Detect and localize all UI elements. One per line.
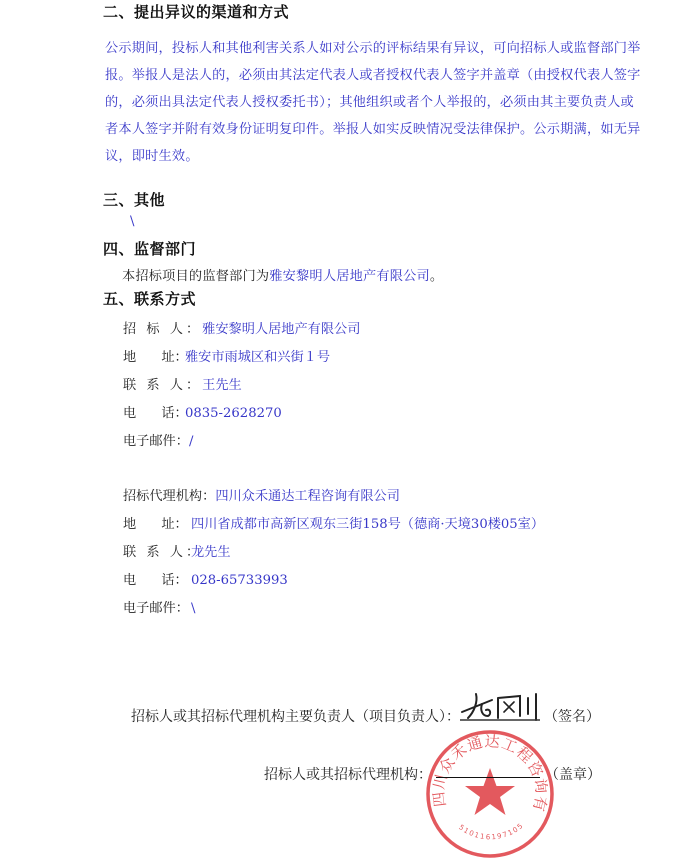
- label: 联 系 人：: [123, 541, 191, 560]
- agency-name-row: 招标代理机构：四川众禾通达工程咨询有限公司: [123, 485, 400, 504]
- label: 联 系 人：: [123, 374, 202, 393]
- label: 电子邮件：: [123, 597, 191, 616]
- paragraph-line: 的，必须出具法定代表人授权委托书）；其他组织或者个人举报的，必须由其主要负责人或: [105, 91, 634, 110]
- sign-suffix: （签名）: [544, 706, 600, 726]
- tenderer-contact-person: 王先生: [202, 378, 242, 393]
- paragraph-line: 者本人签字并附有效身份证明复印件。举报人如实反映情况受法律保护。公示期满，如无异: [105, 118, 641, 137]
- supervision-text: 本招标项目的监督部门为雅安黎明人居地产有限公司。: [122, 265, 443, 284]
- tenderer-phone: 0835-2628270: [185, 406, 282, 421]
- responsible-label: 招标人或其招标代理机构主要负责人（项目负责人）：: [131, 709, 460, 725]
- supervision-prefix: 本招标项目的监督部门为: [122, 269, 269, 284]
- label: 招 标 人：: [123, 318, 202, 337]
- paragraph-line: 报。举报人是法人的，必须由其法定代表人或者授权代表人签字并盖章（由授权代表人签字: [105, 64, 641, 83]
- label: 电子邮件：: [123, 430, 189, 449]
- agency-name: 四川众禾通达工程咨询有限公司: [215, 489, 400, 504]
- paragraph-line: 公示期间，投标人和其他利害关系人如对公示的评标结果有异议，可向招标人或监督部门举: [105, 37, 641, 56]
- section-4-title: 四、监督部门: [103, 238, 196, 259]
- agency-email: \: [191, 601, 195, 616]
- org-label: 招标人或其招标代理机构：: [264, 764, 432, 784]
- label: 地 址：: [123, 513, 191, 532]
- seal-underline: [436, 777, 540, 778]
- seal-suffix: （盖章）: [545, 764, 601, 784]
- label: 电 话：: [123, 569, 191, 588]
- seal-icon: 四川众禾通达工程咨询有限公司 5101161971052: [424, 728, 556, 860]
- agency-contact-person: 龙先生: [191, 545, 231, 560]
- tenderer-phone-row: 电 话：0835-2628270: [123, 402, 282, 421]
- label: 招标代理机构：: [123, 485, 215, 504]
- agency-address: 四川省成都市高新区观东三街158号（德商·天境30楼05室）: [191, 517, 544, 532]
- section-5-title: 五、联系方式: [103, 288, 196, 309]
- tenderer-address-row: 地 址：雅安市雨城区和兴街１号: [123, 346, 330, 365]
- tenderer-name-row: 招 标 人：雅安黎明人居地产有限公司: [123, 318, 360, 337]
- section-3-content: \: [130, 214, 135, 229]
- responsible-signature-row: 招标人或其招标代理机构主要负责人（项目负责人）：: [131, 706, 460, 726]
- tenderer-name: 雅安黎明人居地产有限公司: [202, 322, 360, 337]
- company-seal: 四川众禾通达工程咨询有限公司 5101161971052: [424, 728, 556, 860]
- label: 电 话：: [123, 402, 185, 421]
- label: 地 址：: [123, 346, 185, 365]
- paragraph-line: 议，即时生效。: [105, 145, 199, 164]
- agency-address-row: 地 址：四川省成都市高新区观东三街158号（德商·天境30楼05室）: [123, 513, 544, 532]
- section-3-title: 三、其他: [103, 189, 165, 210]
- tenderer-address: 雅安市雨城区和兴街１号: [185, 350, 330, 365]
- agency-email-row: 电子邮件：\: [123, 597, 195, 616]
- agency-phone-row: 电 话：028-65733993: [123, 569, 288, 588]
- tenderer-contact-row: 联 系 人：王先生: [123, 374, 242, 393]
- agency-phone: 028-65733993: [191, 573, 288, 588]
- tenderer-email: /: [189, 434, 193, 449]
- supervision-dept: 雅安黎明人居地产有限公司: [269, 269, 430, 284]
- handwritten-signature: [458, 690, 542, 724]
- signature-icon: [458, 690, 542, 724]
- agency-contact-row: 联 系 人：龙先生: [123, 541, 231, 560]
- section-2-title: 二、提出异议的渠道和方式: [103, 1, 289, 22]
- tenderer-email-row: 电子邮件：/: [123, 430, 193, 449]
- supervision-suffix: 。: [430, 269, 443, 284]
